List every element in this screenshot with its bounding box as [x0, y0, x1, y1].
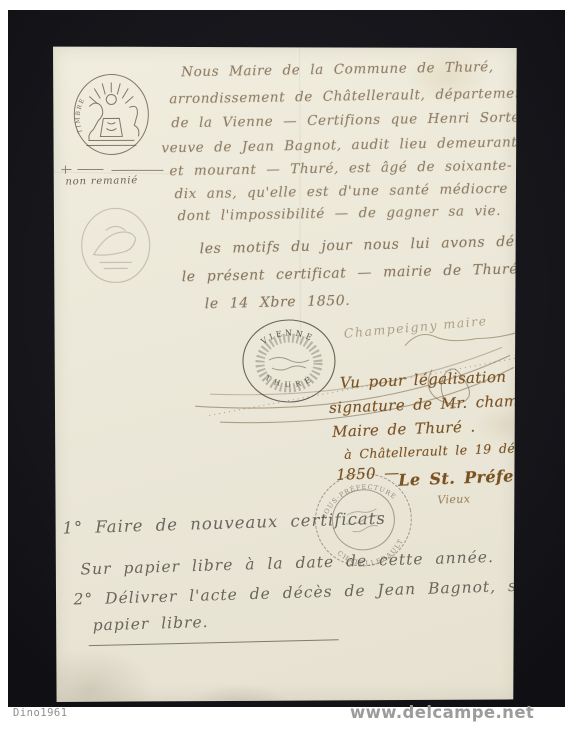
margin-note: non remanié — [65, 175, 138, 187]
handwriting-line: arrondissement de Châtellerault, départe… — [169, 85, 519, 107]
embossed-seal-icon — [76, 204, 156, 286]
handwriting-line: veuve de Jean Bagnot, audit lieu demeura… — [161, 134, 517, 156]
handwriting-line: et mourant — Thuré, est âgé de soixante- — [169, 158, 512, 180]
note-underline — [89, 639, 339, 646]
prefect-signature: Le St. Préfet — [398, 466, 519, 490]
handwriting-line: les motifs du jour nous lui avons délivr… — [199, 233, 518, 257]
document-paper: TIMBRE non remanié Nous Maire de la Comm… — [51, 43, 519, 702]
marginal-note-line: papier libre. — [92, 613, 208, 635]
vienne-stamp-top-label: VIENNE — [259, 328, 316, 346]
cross-dash-mark — [59, 162, 169, 176]
prefect-paraph: Vieux — [437, 492, 471, 506]
seller-watermark: Dino1961 — [13, 707, 68, 719]
handwriting-line: dont l'impossibilité — de gagner sa vie. — [177, 203, 501, 224]
mairie-vienne-stamp-icon: VIENNE THURÉ — [238, 316, 340, 408]
scanned-document-photo: TIMBRE non remanié Nous Maire de la Comm… — [0, 0, 570, 730]
revenue-stamp-icon: TIMBRE — [69, 70, 153, 158]
handwriting-line: de la Vienne — Certifions que Henri Sort… — [171, 109, 519, 131]
svg-text:VIENNE: VIENNE — [259, 328, 316, 346]
handwriting-line: le 14 Xbre 1850. — [205, 293, 351, 312]
site-watermark: www.delcampe.net — [350, 703, 534, 722]
handwriting-line: Nous Maire de la Commune de Thuré, — [181, 59, 494, 80]
handwriting-line: le présent certificat — mairie de Thuré — [182, 261, 519, 285]
marginal-note-line: 2° Délivrer l'acte de décès de Jean Bagn… — [73, 576, 519, 608]
handwriting-line: dix ans, qu'elle est d'une santé médiocr… — [174, 181, 508, 203]
marginal-note-line: Sur papier libre à la date de cette anné… — [80, 548, 494, 579]
